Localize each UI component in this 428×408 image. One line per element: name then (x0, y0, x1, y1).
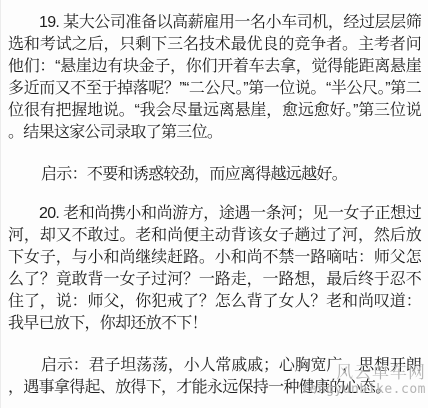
document-page: 19. 某大公司准备以高薪雇用一名小车司机，经过层层筛选和考试之后，只剩下三名技… (0, 0, 428, 408)
story-19-paragraph: 19. 某大公司准备以高薪雇用一名小车司机，经过层层筛选和考试之后，只剩下三名技… (8, 12, 421, 144)
moral-19-text: 启示：不要和诱惑较劲，而应离得越远越好。 (8, 164, 421, 186)
story-20-paragraph: 20. 老和尚携小和尚游方，途遇一条河；见一女子正想过河，却又不敢过。老和尚便主… (8, 203, 421, 335)
moral-20-text: 启示：君子坦荡荡，小人常戚戚；心胸宽广，思想开朗，遇事拿得起、放得下，才能永远保… (8, 355, 421, 399)
